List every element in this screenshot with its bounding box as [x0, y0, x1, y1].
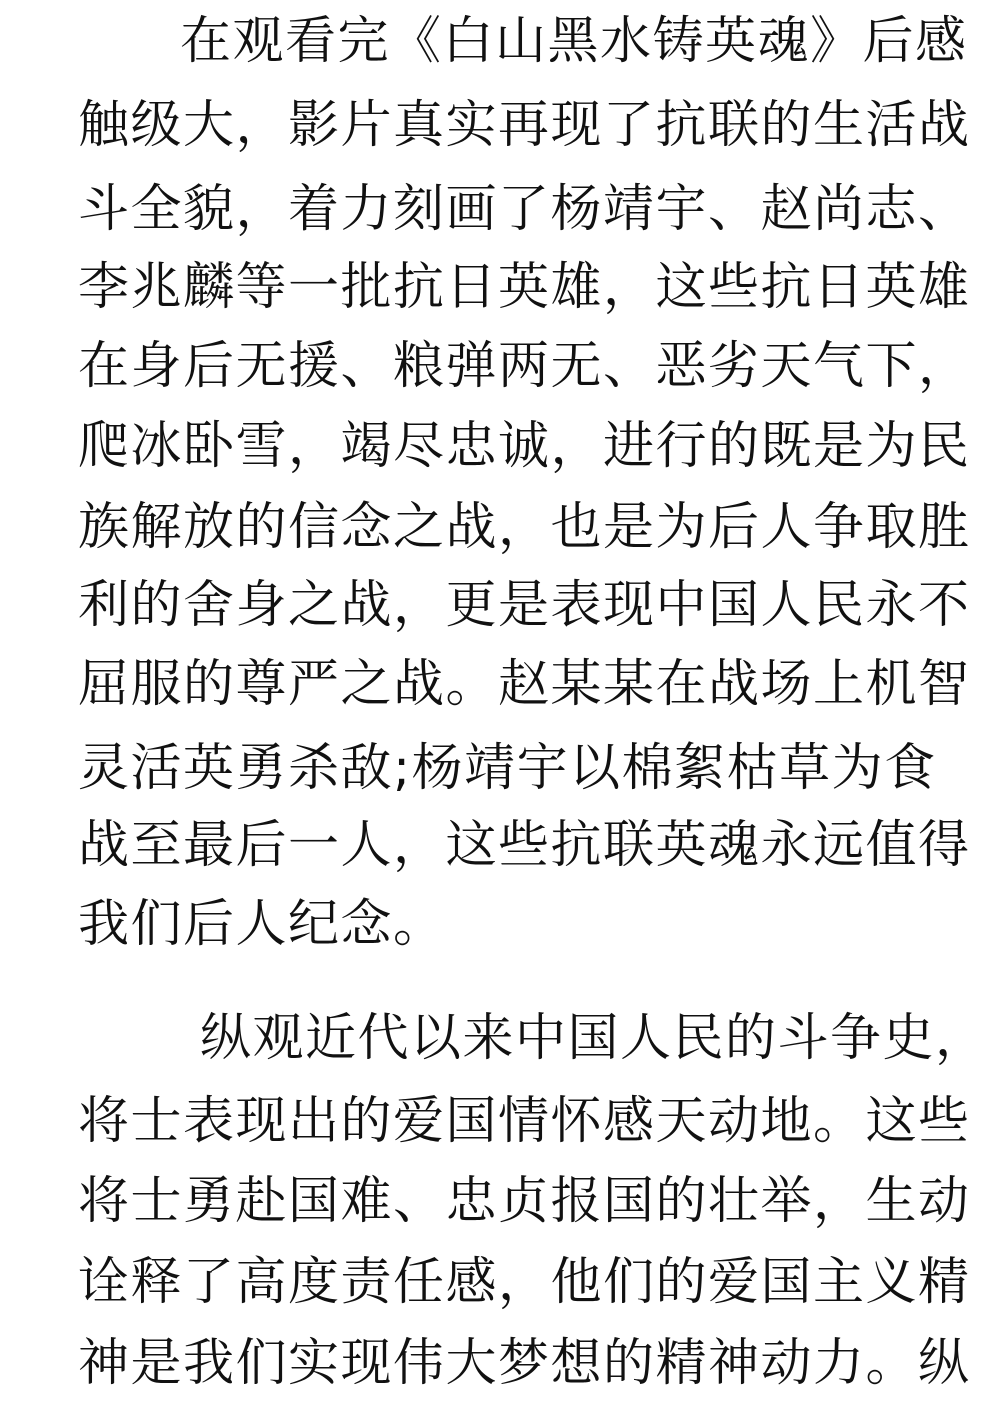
text-line: 斗全貌，着力刻画了杨靖宇、赵尚志、: [78, 180, 971, 240]
text-line: 将士表现出的爱国情怀感天动地。这些: [78, 1092, 971, 1152]
text-line: 战至最后一人，这些抗联英魂永远值得: [78, 816, 971, 876]
text-line: 族解放的信念之战，也是为后人争取胜: [78, 498, 971, 558]
text-line: 神是我们实现伟大梦想的精神动力。纵: [78, 1334, 971, 1394]
text-line: 我们后人纪念。: [78, 895, 446, 955]
document-page: 在观看完《白山黑水铸英魂》后感 触级大，影片真实再现了抗联的生活战 斗全貌，着力…: [0, 0, 1007, 1409]
text-line: 利的舍身之战，更是表现中国人民永不: [78, 576, 971, 636]
text-line: 纵观近代以来中国人民的斗争史，: [200, 1009, 988, 1069]
text-line: 诠释了高度责任感，他们的爱国主义精: [78, 1253, 971, 1313]
text-line: 在观看完《白山黑水铸英魂》后感: [180, 12, 968, 72]
text-line: 在身后无援、粮弹两无、恶劣天气下，: [78, 337, 971, 397]
text-line: 李兆麟等一批抗日英雄，这些抗日英雄: [78, 258, 971, 318]
text-line: 触级大，影片真实再现了抗联的生活战: [78, 96, 971, 156]
text-line: 爬冰卧雪，竭尽忠诚，进行的既是为民: [78, 417, 971, 477]
text-line: 将士勇赴国难、忠贞报国的壮举，生动: [78, 1172, 971, 1232]
text-line: 灵活英勇杀敌;杨靖宇以棉絮枯草为食: [78, 739, 937, 799]
text-line: 屈服的尊严之战。赵某某在战场上机智: [78, 655, 971, 715]
